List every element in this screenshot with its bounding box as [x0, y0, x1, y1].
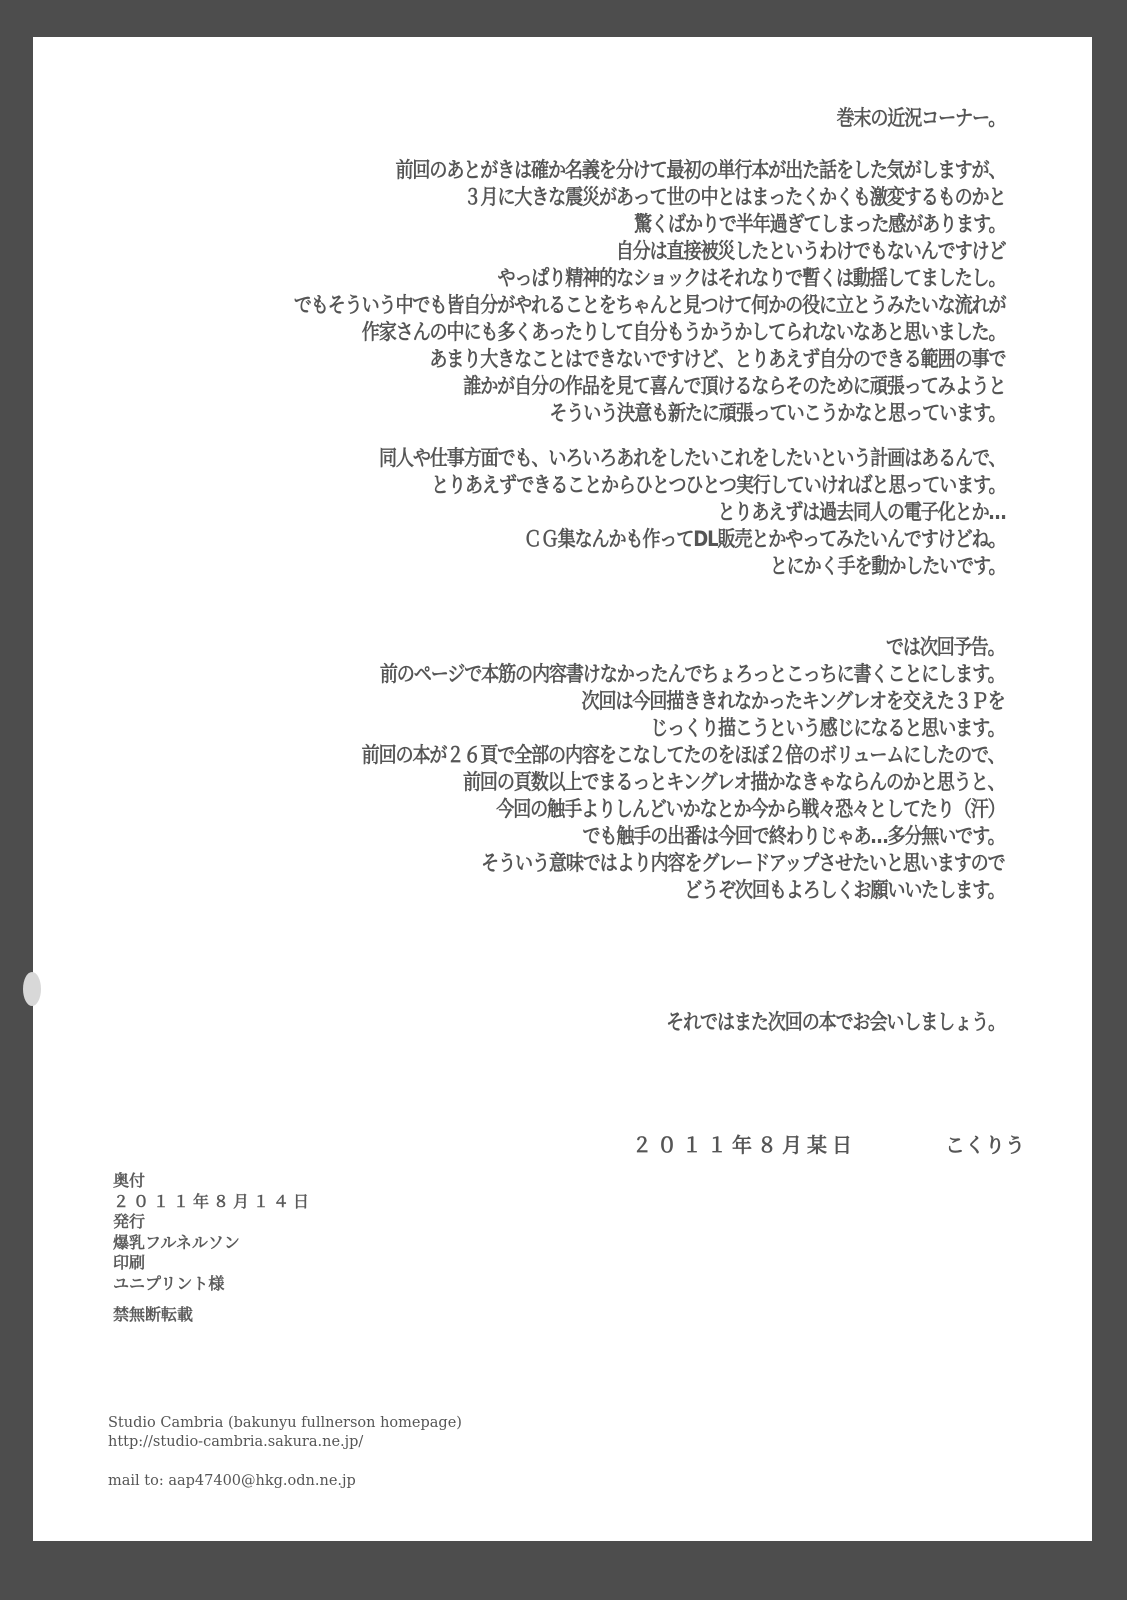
- text-line: そういう意味ではより内容をグレードアップさせたいと思いますので: [362, 850, 1005, 877]
- text-line: 前のページで本筋の内容書けなかったんでちょろっとこっちに書くことにします。: [362, 661, 1005, 688]
- printer-label: 印刷: [113, 1253, 313, 1274]
- text-line: 作家さんの中にも多くあったりして自分もうかうかしてられないなあと思いました。: [293, 319, 1005, 346]
- afterword-paragraph-1: 前回のあとがきは確か名義を分けて最初の単行本が出た話をした気がしますが、 ３月に…: [293, 157, 1005, 427]
- text-line: でもそういう中でも皆自分がやれることをちゃんと見つけて何かの役に立とうみたいな流…: [293, 292, 1005, 319]
- colophon-title: 奥付: [113, 1171, 313, 1192]
- text-line: 今回の触手よりしんどいかなとか今から戦々恐々としてたり（汗）: [362, 796, 1005, 823]
- site-name: Studio Cambria (bakunyu fullnerson homep…: [108, 1414, 462, 1433]
- signature-author: こくりう: [945, 1129, 1025, 1158]
- text-line: 前回のあとがきは確か名義を分けて最初の単行本が出た話をした気がしますが、: [293, 157, 1005, 184]
- signature: ２０１１年８月某日 こくりう: [632, 1129, 1025, 1158]
- contact-email: mail to: aap47400@hkg.odn.ne.jp: [108, 1472, 462, 1491]
- afterword-heading: 巻末の近況コーナー。: [836, 105, 1005, 132]
- text-line: とりあえずは過去同人の電子化とか…: [379, 499, 1005, 526]
- text-line: とりあえずできることからひとつひとつ実行していければと思っています。: [379, 472, 1005, 499]
- heading-text: 巻末の近況コーナー。: [836, 105, 1005, 132]
- text-line: 前回の本が２６頁で全部の内容をこなしてたのをほぼ２倍のボリュームにしたので、: [362, 742, 1005, 769]
- text-line: ３月に大きな震災があって世の中とはまったくかくも激変するものかと: [293, 184, 1005, 211]
- text-line: 次回は今回描ききれなかったキングレオを交えた３Ｐを: [362, 688, 1005, 715]
- text-line: じっくり描こうという感じになると思います。: [362, 715, 1005, 742]
- reprint-notice: 禁無断転載: [113, 1302, 193, 1325]
- signature-date: ２０１１年８月某日: [632, 1129, 857, 1158]
- closing-remark: それではまた次回の本でお会いしましょう。: [666, 1009, 1005, 1036]
- text-line: あまり大きなことはできないですけど、とりあえず自分のできる範囲の事で: [293, 346, 1005, 373]
- publisher-name: 爆乳フルネルソン: [113, 1233, 313, 1254]
- text-line: 驚くばかりで半年過ぎてしまった感があります。: [293, 211, 1005, 238]
- text-line: でも触手の出番は今回で終わりじゃあ…多分無いです。: [362, 823, 1005, 850]
- closing-text: それではまた次回の本でお会いしましょう。: [666, 1009, 1005, 1036]
- text-line: 自分は直接被災したというわけでもないんですけど: [293, 238, 1005, 265]
- colophon: 奥付 ２０１１年８月１４日 発行 爆乳フルネルソン 印刷 ユニプリント様: [113, 1171, 313, 1294]
- binding-hole-mark: [23, 972, 41, 1006]
- text-line: ＣＧ集なんかも作ってDL販売とかやってみたいんですけどね。: [379, 526, 1005, 553]
- text-line: では次回予告。: [362, 634, 1005, 661]
- site-url: http://studio-cambria.sakura.ne.jp/: [108, 1433, 462, 1452]
- text-line: 前回の頁数以上でまるっとキングレオ描かなきゃならんのかと思うと、: [362, 769, 1005, 796]
- text-line: 誰かが自分の作品を見て喜んで頂けるならそのために頑張ってみようと: [293, 373, 1005, 400]
- text-line: そういう決意も新たに頑張っていこうかなと思っています。: [293, 400, 1005, 427]
- next-issue-preview: では次回予告。 前のページで本筋の内容書けなかったんでちょろっとこっちに書くこと…: [362, 634, 1005, 904]
- text-line: 同人や仕事方面でも、いろいろあれをしたいこれをしたいという計画はあるんで、: [379, 445, 1005, 472]
- printer-name: ユニプリント様: [113, 1274, 313, 1295]
- afterword-paragraph-2: 同人や仕事方面でも、いろいろあれをしたいこれをしたいという計画はあるんで、 とり…: [379, 445, 1005, 580]
- text-line: やっぱり精神的なショックはそれなりで暫くは動揺してましたし。: [293, 265, 1005, 292]
- contact-info: Studio Cambria (bakunyu fullnerson homep…: [108, 1414, 462, 1491]
- text-line: どうぞ次回もよろしくお願いいたします。: [362, 877, 1005, 904]
- publisher-label: 発行: [113, 1212, 313, 1233]
- colophon-date: ２０１１年８月１４日: [113, 1192, 313, 1213]
- document-page: 巻末の近況コーナー。 前回のあとがきは確か名義を分けて最初の単行本が出た話をした…: [33, 37, 1092, 1541]
- text-line: とにかく手を動かしたいです。: [379, 553, 1005, 580]
